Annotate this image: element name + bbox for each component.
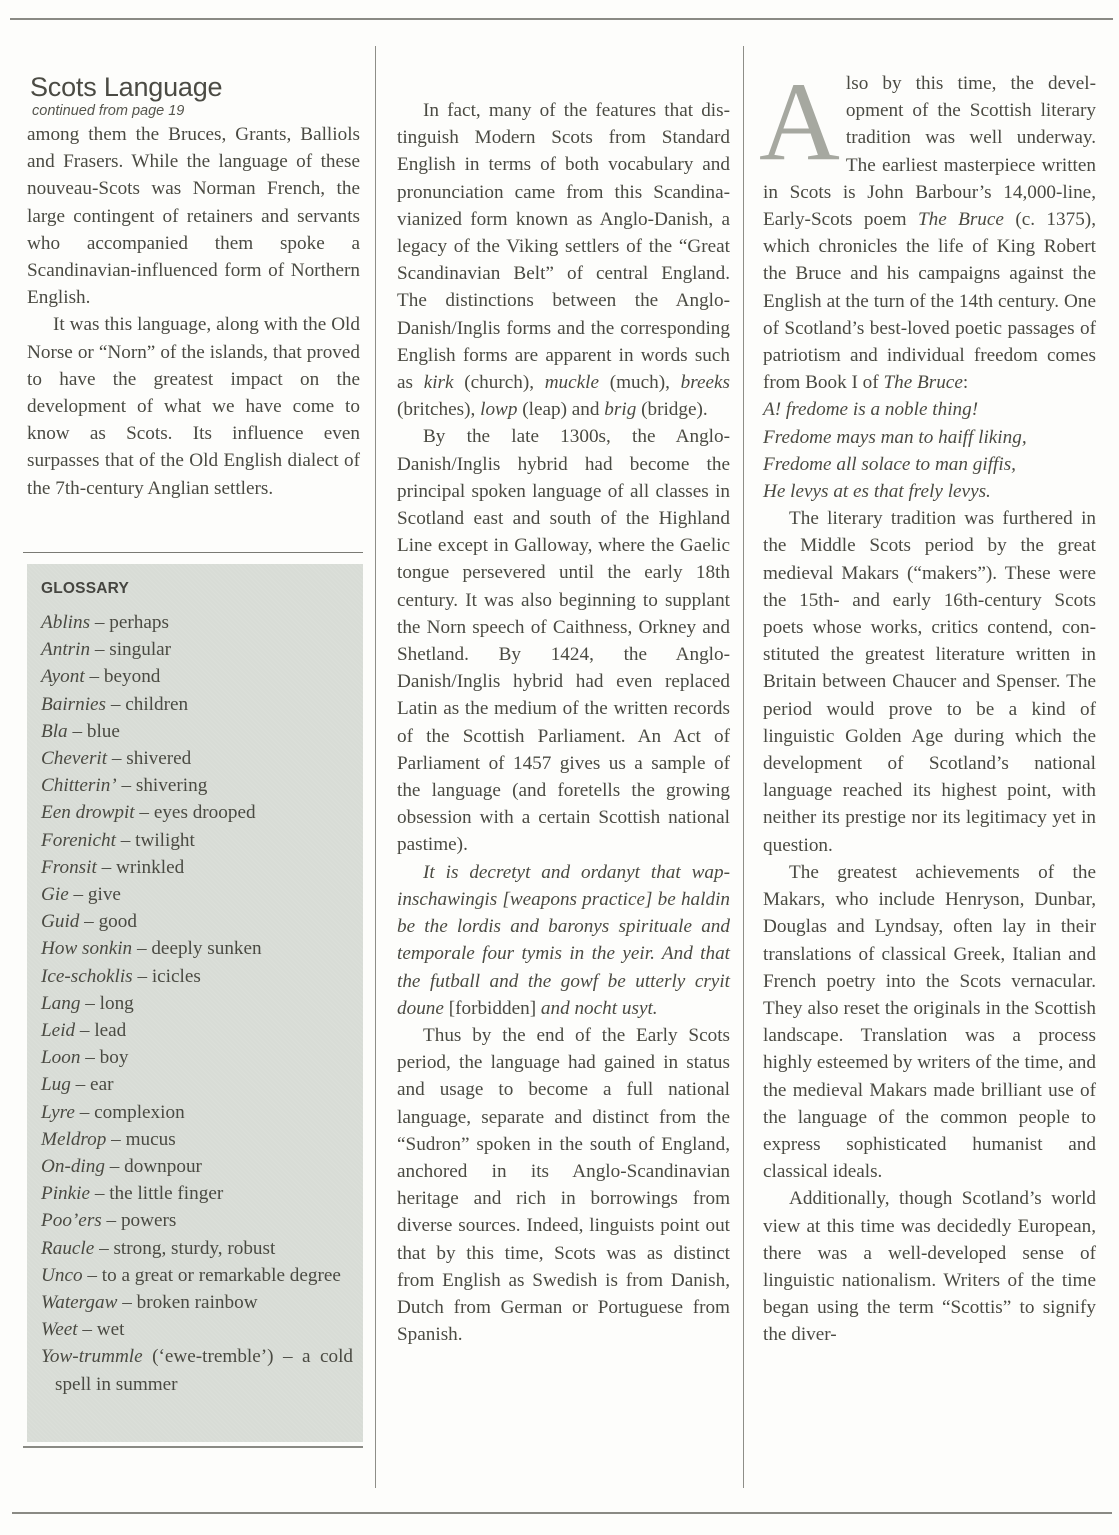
- glossary-term: Leid: [41, 1020, 75, 1041]
- scots-word: kirk: [424, 372, 454, 393]
- glossary-entry: Ice-schoklis – icicles: [41, 963, 353, 990]
- glossary-definition: – perhaps: [90, 612, 169, 633]
- glossary-entry: Ablins – perhaps: [41, 609, 353, 636]
- glossary-definition: – shivering: [117, 775, 208, 796]
- paragraph: Additionally, though Scotland’s world vi…: [763, 1185, 1096, 1348]
- glossary-list: Ablins – perhapsAntrin – singularAyont –…: [41, 609, 353, 1398]
- glossary-term: Guid: [41, 911, 79, 932]
- glossary-definition: – good: [79, 911, 137, 932]
- glossary-entry: Antrin – singular: [41, 636, 353, 663]
- column-1: Scots Language continued from page 19 am…: [27, 0, 360, 502]
- glossary-term: Ayont: [41, 666, 85, 687]
- glossary-entry: Fronsit – wrinkled: [41, 854, 353, 881]
- glossary-entry: Lang – long: [41, 990, 353, 1017]
- column-1-body: among them the Bruces, Grants, Bal­liols…: [27, 121, 360, 502]
- glossary-term: Lug: [41, 1074, 71, 1095]
- act-of-parliament-quote: It is decretyt and ordanyt that wap­insc…: [397, 859, 730, 1022]
- glossary-term: Fronsit: [41, 857, 97, 878]
- glossary-entry: On-ding – downpour: [41, 1153, 353, 1180]
- glossary-entry: Meldrop – mucus: [41, 1126, 353, 1153]
- scots-word: breeks: [681, 372, 730, 393]
- glossary-definition: – children: [106, 694, 188, 715]
- bottom-rule: [12, 1512, 1112, 1514]
- glossary-definition: – shivered: [107, 748, 191, 769]
- glossary-definition: – complexion: [75, 1102, 185, 1123]
- glossary-definition: – powers: [102, 1210, 177, 1231]
- glossary-entry: Ayont – beyond: [41, 663, 353, 690]
- continued-from-note: continued from page 19: [32, 102, 360, 120]
- glossary-entry: Een drowpit – eyes drooped: [41, 799, 353, 826]
- glossary-definition: – the little finger: [90, 1183, 223, 1204]
- glossary-term: Yow-trummle: [41, 1346, 143, 1367]
- glossary-term: Een drowpit: [41, 802, 135, 823]
- glossary-entry: Bla – blue: [41, 718, 353, 745]
- glossary-entry: Watergaw – broken rainbow: [41, 1289, 353, 1316]
- glossary-entry: Chitterin’ – shivering: [41, 772, 353, 799]
- glossary-definition: – ear: [71, 1074, 114, 1095]
- glossary-entry: Guid – good: [41, 908, 353, 935]
- glossary-definition: – blue: [68, 721, 120, 742]
- glossary-title: GLOSSARY: [41, 580, 129, 598]
- paragraph: among them the Bruces, Grants, Bal­liols…: [27, 121, 360, 311]
- glossary-term: Weet: [41, 1319, 78, 1340]
- glossary-term: Meldrop: [41, 1129, 106, 1150]
- glossary-entry: Poo’ers – powers: [41, 1207, 353, 1234]
- scots-word: muckle: [545, 372, 599, 393]
- glossary-term: Lang: [41, 993, 80, 1014]
- glossary-definition: – twilight: [116, 830, 195, 851]
- glossary-definition: – mucus: [106, 1129, 175, 1150]
- verse-line: Fredome mays man to haiff liking,: [763, 424, 1096, 451]
- glossary-definition: – eyes drooped: [135, 802, 256, 823]
- glossary-entry: How sonkin – deeply sunken: [41, 935, 353, 962]
- poem-excerpt: A! fredome is a noble thing! Fredome may…: [763, 396, 1096, 505]
- glossary-term: Poo’ers: [41, 1210, 102, 1231]
- glossary-term: Lyre: [41, 1102, 75, 1123]
- scots-word: lowp: [480, 399, 517, 420]
- glossary-definition: – deeply sunken: [132, 938, 262, 959]
- column-3: Also by this time, the devel­opment of t…: [763, 70, 1096, 1349]
- scots-word: brig: [604, 399, 636, 420]
- glossary-definition: – beyond: [85, 666, 161, 687]
- glossary-definition: – to a great or remarkable degree: [83, 1265, 341, 1286]
- glossary-sidebar: GLOSSARY Ablins – perhapsAntrin – singul…: [27, 564, 363, 1442]
- column-divider-1: [375, 46, 376, 1488]
- glossary-entry: Lyre – complexion: [41, 1099, 353, 1126]
- glossary-entry: Cheverit – shivered: [41, 745, 353, 772]
- verse-line: Fredome all solace to man giffis,: [763, 451, 1096, 478]
- glossary-entry: Bairnies – children: [41, 691, 353, 718]
- verse-line: A! fredome is a noble thing!: [763, 396, 1096, 423]
- glossary-term: How sonkin: [41, 938, 132, 959]
- glossary-definition: – boy: [80, 1047, 128, 1068]
- glossary-term: Cheverit: [41, 748, 107, 769]
- glossary-definition: – singular: [90, 639, 171, 660]
- article-headline: Scots Language: [30, 72, 360, 102]
- glossary-definition: – wrinkled: [97, 857, 184, 878]
- verse-line: He levys at es that frely levys.: [763, 478, 1096, 505]
- paragraph: The greatest achievements of the Makars,…: [763, 859, 1096, 1185]
- glossary-term: On-ding: [41, 1156, 105, 1177]
- column-divider-2: [743, 46, 744, 1488]
- glossary-term: Gie: [41, 884, 69, 905]
- glossary-term: Ice-schoklis: [41, 966, 133, 987]
- glossary-top-rule: [23, 552, 363, 553]
- glossary-term: Pinkie: [41, 1183, 90, 1204]
- glossary-entry: Gie – give: [41, 881, 353, 908]
- drop-cap: A: [759, 78, 840, 168]
- glossary-definition: – give: [69, 884, 121, 905]
- paragraph: Also by this time, the devel­opment of t…: [763, 70, 1096, 396]
- glossary-entry: Yow-trummle (‘ewe-tremble’) – a cold spe…: [41, 1343, 353, 1397]
- glossary-term: Watergaw: [41, 1292, 117, 1313]
- glossary-entry: Raucle – strong, sturdy, robust: [41, 1235, 353, 1262]
- glossary-definition: – wet: [78, 1319, 125, 1340]
- glossary-term: Unco: [41, 1265, 83, 1286]
- paragraph: By the late 1300s, the Anglo-Danish/Ingl…: [397, 423, 730, 858]
- column-2: In fact, many of the features that dis­t…: [397, 97, 730, 1348]
- glossary-definition: – long: [80, 993, 133, 1014]
- book-title: The Bruce: [918, 209, 1004, 230]
- glossary-term: Bairnies: [41, 694, 106, 715]
- book-title: The Bruce: [883, 372, 962, 393]
- glossary-entry: Lug – ear: [41, 1071, 353, 1098]
- glossary-term: Antrin: [41, 639, 90, 660]
- glossary-entry: Weet – wet: [41, 1316, 353, 1343]
- glossary-term: Forenicht: [41, 830, 116, 851]
- glossary-definition: – strong, sturdy, robust: [94, 1238, 275, 1259]
- glossary-definition: – lead: [75, 1020, 126, 1041]
- glossary-term: Chitterin’: [41, 775, 117, 796]
- glossary-term: Raucle: [41, 1238, 94, 1259]
- glossary-definition: – icicles: [133, 966, 201, 987]
- glossary-term: Loon: [41, 1047, 80, 1068]
- paragraph: The literary tradition was fur­thered in…: [763, 505, 1096, 859]
- glossary-entry: Forenicht – twilight: [41, 827, 353, 854]
- paragraph: It was this language, along with the Old…: [27, 311, 360, 501]
- glossary-entry: Loon – boy: [41, 1044, 353, 1071]
- paragraph: In fact, many of the features that dis­t…: [397, 97, 730, 423]
- paragraph: Thus by the end of the Early Scots perio…: [397, 1022, 730, 1348]
- glossary-entry: Unco – to a great or remarkable degree: [41, 1262, 353, 1289]
- glossary-entry: Leid – lead: [41, 1017, 353, 1044]
- glossary-term: Ablins: [41, 612, 90, 633]
- glossary-definition: – downpour: [105, 1156, 202, 1177]
- glossary-definition: – broken rainbow: [117, 1292, 257, 1313]
- glossary-entry: Pinkie – the little finger: [41, 1180, 353, 1207]
- glossary-bottom-rule: [23, 1446, 363, 1448]
- glossary-term: Bla: [41, 721, 68, 742]
